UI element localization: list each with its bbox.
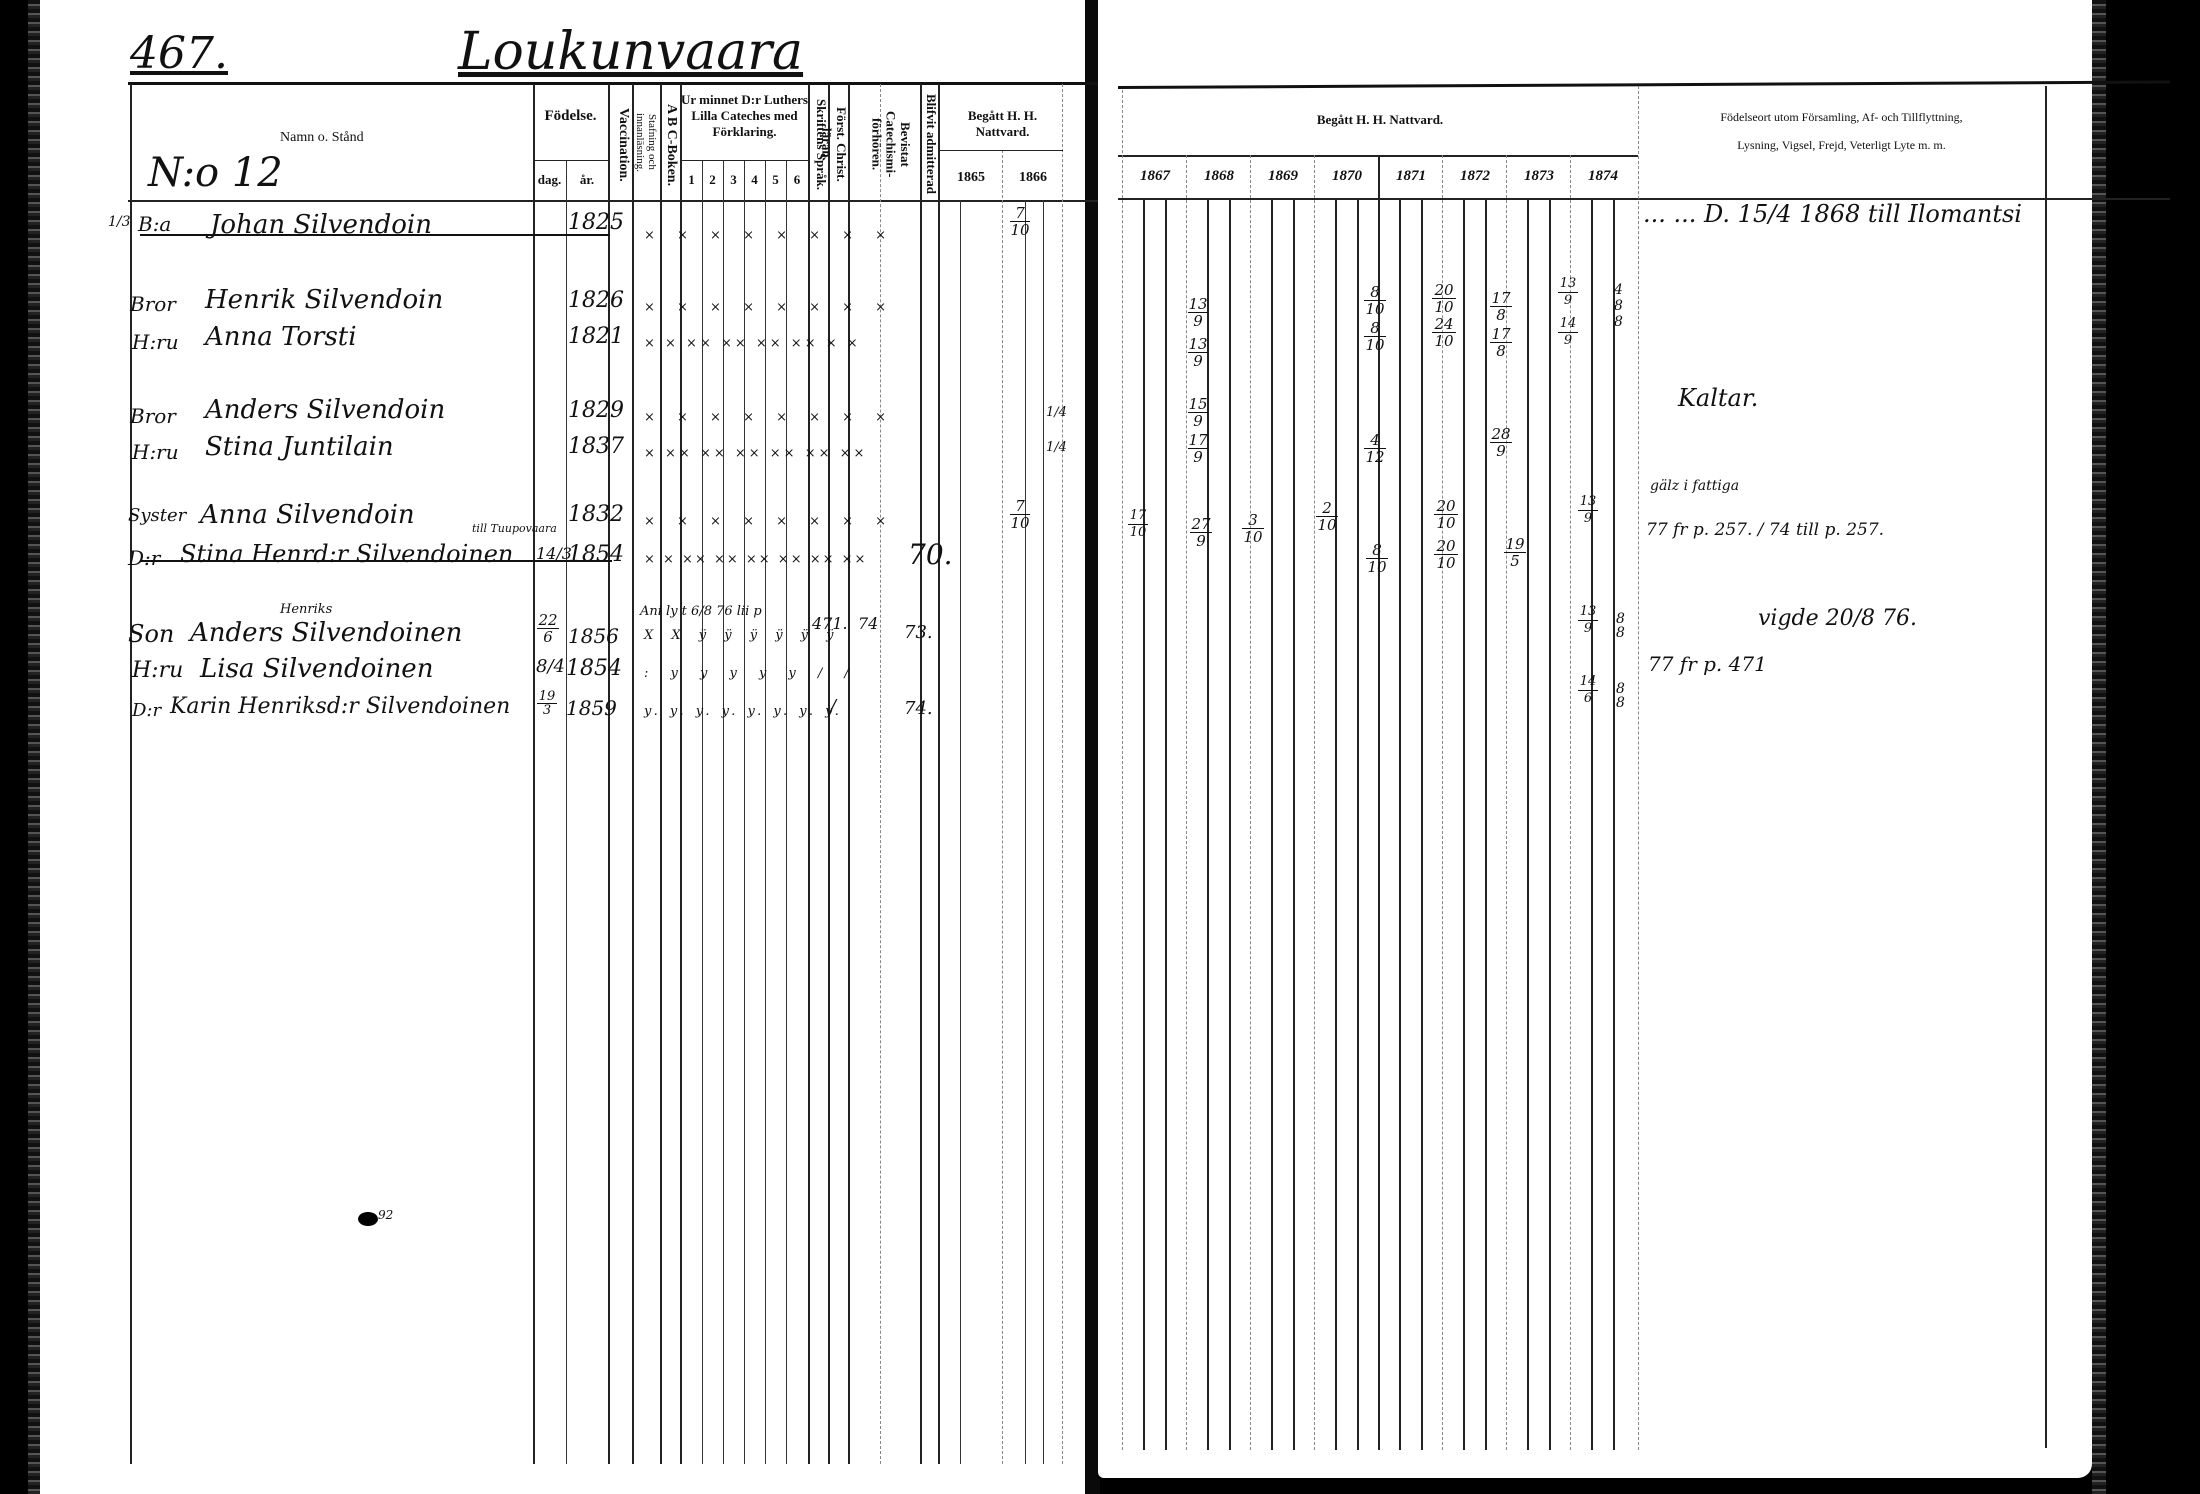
col-rule	[723, 160, 724, 1464]
col-rule	[1043, 200, 1044, 1464]
col-rule	[765, 160, 766, 1464]
frac-den: 3	[543, 703, 551, 718]
row-scripture: /	[830, 696, 836, 717]
row-catechism-marks: × × × × × × × ×	[644, 514, 895, 529]
frac-den: 9	[1193, 448, 1203, 466]
frac-num: 14	[1560, 316, 1577, 331]
row-name: Anders Silvendoin	[205, 395, 445, 425]
frac-den: 10	[1434, 332, 1453, 350]
row-page-ref: 471.	[812, 614, 848, 633]
col-rule	[1357, 200, 1359, 1450]
frac-num: 22	[538, 611, 557, 629]
abc-book-header: A B C-Boken.	[661, 95, 679, 195]
frac-num: 24	[1434, 315, 1453, 333]
frac-num: 13	[1560, 276, 1577, 291]
frac-den: 10	[1130, 525, 1147, 540]
birth-subheader-rule	[533, 160, 608, 161]
ink-blot	[358, 1212, 378, 1226]
catechism-col-1: 1	[681, 172, 702, 188]
communion-1866-fraction: 710	[1010, 205, 1030, 238]
communion-1866-fraction: 710	[1010, 498, 1030, 531]
row-name: Henrik Silvendoin	[205, 285, 443, 315]
col-rule	[1421, 200, 1423, 1450]
household-number: N:o 12	[148, 150, 283, 196]
communion-entry-1870: 210	[1316, 500, 1338, 533]
row-name: Anna Silvendoin	[200, 500, 415, 530]
frac-den: 9	[1584, 511, 1592, 526]
communion-entry-1873: 195	[1504, 536, 1526, 569]
right-page: Begått H. H. Nattvard. Födelseort utom F…	[1098, 0, 2092, 1478]
col-rule	[1463, 200, 1465, 1450]
frac-den: 6	[543, 628, 553, 646]
frac-num: 13	[1580, 494, 1597, 509]
frac-den: 9	[1193, 312, 1203, 330]
col-rule	[1638, 86, 1639, 1450]
frac-den: 10	[1434, 298, 1453, 316]
row-relation: H:ru	[132, 330, 179, 354]
col-rule	[1591, 200, 1593, 1450]
catechism-col-6: 6	[786, 172, 808, 188]
col-rule	[680, 84, 682, 1464]
row-relation: B:a	[138, 212, 171, 236]
frac-num: 14	[1580, 674, 1597, 689]
col-rule	[1549, 200, 1551, 1450]
table-top-rule	[128, 82, 1103, 85]
extra-entry: 88	[1616, 612, 1625, 640]
communion-entry-1873: 178	[1490, 326, 1512, 359]
communion-entry-1872: 2410	[1432, 316, 1456, 349]
row-admitted: 70.	[908, 538, 953, 571]
remarks-header-line-2: Lysning, Vigsel, Frejd, Veterligt Lyte m…	[1638, 138, 2045, 153]
communion-entry-1868: 139	[1188, 296, 1208, 329]
frac-den: 9	[1584, 621, 1592, 636]
frac-num: 20	[1436, 537, 1455, 555]
row-catechism-marks: × × × × × × × ×	[644, 300, 895, 315]
frac-den: 9	[1196, 532, 1206, 550]
communion-entry-1868: 159	[1188, 396, 1208, 429]
frac-den: 9	[1193, 412, 1203, 430]
frac-num: 8	[1370, 283, 1380, 301]
col-rule	[533, 84, 535, 1464]
col-rule	[1293, 200, 1295, 1450]
row-note: 1/4	[1046, 440, 1067, 455]
row-relation: Bror	[130, 292, 176, 316]
row-catechism-marks: × × ×× ×× ×× ×× × ×	[644, 336, 861, 351]
col-rule	[808, 84, 810, 1464]
frac-num: 8	[1372, 541, 1382, 559]
catechism-attendance-header: Bevistat Catechismi-förhören.	[852, 92, 912, 197]
frac-num: 17	[1130, 508, 1147, 523]
frac-num: 3	[1248, 511, 1258, 529]
remark-row-3: Kaltar.	[1678, 384, 1758, 412]
remark-row-6: 77 fr p. 257. / 74 till p. 257.	[1646, 520, 1884, 540]
frac-num: 17	[1491, 289, 1510, 307]
frac-den: 10	[1365, 336, 1384, 354]
frac-num: 20	[1434, 281, 1453, 299]
row-relation: Son	[128, 620, 174, 648]
table-top-rule	[1118, 80, 2170, 89]
strikethrough	[140, 560, 612, 562]
communion-year-1868: 1868	[1188, 168, 1250, 185]
row-birth-day: 193	[537, 690, 557, 717]
frac-den: 10	[1367, 558, 1386, 576]
col-rule	[1062, 84, 1063, 1464]
first-christian-header: Först. Christ. läran.	[830, 92, 848, 197]
table-right-rule	[2045, 86, 2047, 1448]
col-rule	[938, 84, 940, 1464]
row-catechism-marks: : y y y y y / /	[644, 666, 858, 681]
catechism-col-2: 2	[702, 172, 723, 188]
col-rule	[1271, 200, 1273, 1450]
row-name: Lisa Silvendoinen	[200, 654, 433, 684]
remark-row-7: vigde 20/8 76.	[1758, 606, 1917, 631]
col-rule	[1025, 200, 1026, 1464]
frac-den: 10	[1010, 221, 1029, 239]
communion-subheader-rule	[938, 150, 1063, 151]
admitted-header: Blifvit admitterad	[922, 92, 938, 197]
communion-entry-1874: 139	[1558, 276, 1578, 309]
frac-den: 9	[1564, 333, 1572, 348]
frac-num: 15	[1188, 395, 1207, 413]
row-superscript: till Tuupovaara	[472, 522, 557, 535]
frac-den: 5	[1510, 552, 1520, 570]
communion-year-1865: 1865	[940, 170, 1002, 186]
col-rule	[660, 84, 662, 1464]
row-name: Anders Silvendoinen	[190, 618, 462, 648]
row-name: Anna Torsti	[205, 322, 357, 352]
catechism-col-5: 5	[765, 172, 786, 188]
communion-entry-1874: 149	[1558, 316, 1578, 349]
frac-num: 7	[1015, 497, 1025, 515]
communion-year-1867: 1867	[1124, 168, 1186, 185]
col-rule	[828, 84, 830, 1464]
birth-day-header: dag.	[533, 172, 566, 188]
row-birth-year: 1854	[566, 656, 622, 681]
catechism-col-4: 4	[744, 172, 765, 188]
village-name: Loukunvaara	[458, 22, 803, 82]
frac-num: 13	[1188, 335, 1207, 353]
frac-den: 6	[1584, 691, 1592, 706]
col-rule	[880, 84, 881, 1464]
row-birth-year: 1826	[568, 288, 624, 313]
frac-den: 10	[1365, 300, 1384, 318]
frac-num: 28	[1491, 425, 1510, 443]
header-bottom-rule	[128, 200, 1103, 202]
table-left-rule	[130, 84, 132, 1464]
col-rule	[1613, 200, 1615, 1450]
catechism-header: Ur minnet D:r Luthers Lilla Cateches med…	[681, 92, 808, 140]
frac-den: 10	[1010, 514, 1029, 532]
row-birth-day: 8/4	[536, 656, 565, 677]
communion-entry-1868: 279	[1190, 516, 1212, 549]
frac-den: 10	[1436, 514, 1455, 532]
col-rule	[1399, 200, 1401, 1450]
communion-entry-1873: 178	[1490, 290, 1512, 323]
frac-num: 19	[1505, 535, 1524, 553]
stamp-mark: 92	[378, 1208, 393, 1222]
remark-row-5: gälz i fattiga	[1650, 478, 1739, 494]
remark-row-8: 77 fr p. 471	[1648, 652, 1767, 676]
col-rule	[1207, 200, 1209, 1450]
communion-entry-1871: 810	[1366, 542, 1388, 575]
communion-entry-1872: 2010	[1434, 498, 1458, 531]
frac-num: 8	[1370, 319, 1380, 337]
row-birth-year: 1859	[566, 696, 617, 720]
table-left-rule	[1122, 90, 1123, 1450]
row-relation: H:ru	[132, 440, 179, 464]
frac-den: 10	[1243, 528, 1262, 546]
vaccination-header: Vaccination.	[611, 95, 631, 195]
col-rule	[1570, 155, 1571, 1450]
frac-num: 4	[1370, 431, 1380, 449]
row-relation: D:r	[128, 546, 160, 570]
communion-entry-1871: 810	[1364, 284, 1386, 317]
extra-entry: 88	[1616, 682, 1625, 710]
row-catechism-marks: × × × × × × × ×	[644, 228, 895, 243]
catechism-col-3: 3	[723, 172, 744, 188]
communion-year-1869: 1869	[1252, 168, 1314, 185]
row-name: Stina Henrd:r Silvendoinen	[180, 540, 513, 568]
communion-entry-1874: 139	[1578, 604, 1598, 637]
frac-num: 7	[1015, 204, 1025, 222]
communion-entry-1874: 139	[1578, 494, 1598, 527]
communion-year-1874: 1874	[1572, 168, 1634, 185]
communion-header: Begått H. H. Nattvard.	[1122, 112, 1638, 128]
reading-header: Stafning och innanläsning.	[634, 92, 658, 192]
frac-den: 9	[1193, 352, 1203, 370]
col-rule	[566, 160, 567, 1464]
remark-row-0: ... ... D. 15/4 1868 till Ilomantsi	[1643, 200, 2022, 228]
row-birth-year: 1856	[568, 624, 619, 648]
name-column-header: Namn o. Stånd	[280, 130, 364, 146]
row-catechism-marks: × × × × × × × ×	[644, 410, 895, 425]
col-rule	[632, 84, 634, 1464]
frac-den: 9	[1496, 442, 1506, 460]
row-birth-year: 1825	[568, 210, 624, 235]
row-admitted: 74.	[904, 698, 933, 719]
frac-num: 13	[1580, 604, 1597, 619]
col-rule	[786, 160, 787, 1464]
frac-num: 27	[1191, 515, 1210, 533]
frac-num: 17	[1491, 325, 1510, 343]
communion-entry-1872: 2010	[1434, 538, 1458, 571]
frac-den: 9	[1564, 293, 1572, 308]
row-catechism-marks: × ×× ×× ×× ×× ×× ××	[644, 446, 867, 461]
row-name: Karin Henriksd:r Silvendoinen	[170, 694, 510, 719]
communion-entry-1867: 1710	[1128, 508, 1148, 541]
col-rule	[1186, 155, 1187, 1450]
communion-entry-1874: 146	[1578, 674, 1598, 707]
frac-den: 10	[1317, 516, 1336, 534]
col-rule	[1485, 200, 1487, 1450]
left-page: 467. Loukunvaara Namn o. Stånd N:o 12 Fö…	[40, 0, 1085, 1494]
row-relation: Bror	[130, 404, 176, 428]
communion-entry-1868: 179	[1188, 432, 1208, 465]
strikethrough	[140, 234, 610, 236]
row-birth-year: 1837	[568, 434, 624, 459]
communion-entry-1872: 2010	[1432, 282, 1456, 315]
row-birth-year: 1821	[568, 324, 624, 349]
frac-num: 17	[1188, 431, 1207, 449]
frac-den: 8	[1496, 306, 1506, 324]
frac-den: 10	[1436, 554, 1455, 572]
row-relation: Syster	[128, 505, 186, 526]
row-birth-day: 226	[537, 612, 559, 645]
communion-header: Begått H. H. Nattvard.	[940, 108, 1065, 140]
row-birth-year: 1854	[568, 542, 624, 567]
col-rule	[1165, 200, 1167, 1450]
col-rule	[1314, 155, 1315, 1450]
page-number: 467.	[130, 28, 228, 79]
col-rule	[1250, 155, 1251, 1450]
frac-den: 12	[1365, 448, 1384, 466]
frac-num: 19	[539, 689, 556, 704]
frac-den: 8	[1496, 342, 1506, 360]
col-rule	[960, 200, 961, 1464]
right-scan-edge	[2092, 0, 2106, 1494]
col-rule	[1002, 150, 1003, 1464]
communion-entry-1868: 139	[1188, 336, 1208, 369]
col-rule	[920, 84, 922, 1464]
margin-note: 1/3	[108, 214, 131, 230]
birth-header: Födelse.	[533, 108, 608, 125]
communion-year-1872: 1872	[1444, 168, 1506, 185]
communion-year-1873: 1873	[1508, 168, 1570, 185]
communion-entry-1871: 810	[1364, 320, 1386, 353]
col-rule	[1335, 200, 1337, 1450]
catechism-subheader-rule	[680, 160, 808, 161]
row-birth-year: 1832	[568, 502, 624, 527]
communion-entry-1873: 289	[1490, 426, 1512, 459]
communion-year-1870: 1870	[1316, 168, 1378, 185]
communion-year-1871: 1871	[1380, 168, 1442, 185]
birth-year-header: år.	[566, 172, 608, 188]
row-name: Stina Juntilain	[205, 432, 394, 462]
remarks-header-line-1: Födelseort utom Församling, Af- och Till…	[1638, 110, 2045, 125]
row-catechism-marks: × × ×× ×× ×× ×× ×× ××	[644, 552, 867, 567]
frac-num: 13	[1188, 295, 1207, 313]
row-first-christ: 74	[858, 614, 878, 633]
row-relation: H:ru	[132, 658, 183, 683]
col-rule	[1527, 200, 1529, 1450]
row-superscript: Henriks	[280, 602, 332, 617]
col-rule	[848, 84, 850, 1464]
col-rule	[702, 160, 703, 1464]
frac-num: 20	[1436, 497, 1455, 515]
communion-entry-1869: 310	[1242, 512, 1264, 545]
communion-entry-1871: 412	[1364, 432, 1386, 465]
col-rule	[1143, 200, 1145, 1450]
row-birth-year: 1829	[568, 398, 624, 423]
row-relation: D:r	[132, 700, 161, 721]
col-rule	[1229, 200, 1231, 1450]
row-catechism-marks: y. y. y. y. y. y. y. y.	[644, 704, 843, 719]
row-overline-notes: Ani ly t 6/8 76 lii p	[640, 604, 762, 619]
extra-entry: 488	[1614, 282, 1623, 330]
row-admitted: 73.	[904, 622, 933, 643]
row-note: 1/4	[1046, 405, 1067, 420]
communion-year-1866: 1866	[1002, 170, 1064, 186]
frac-num: 2	[1322, 499, 1332, 517]
col-rule	[744, 160, 745, 1464]
